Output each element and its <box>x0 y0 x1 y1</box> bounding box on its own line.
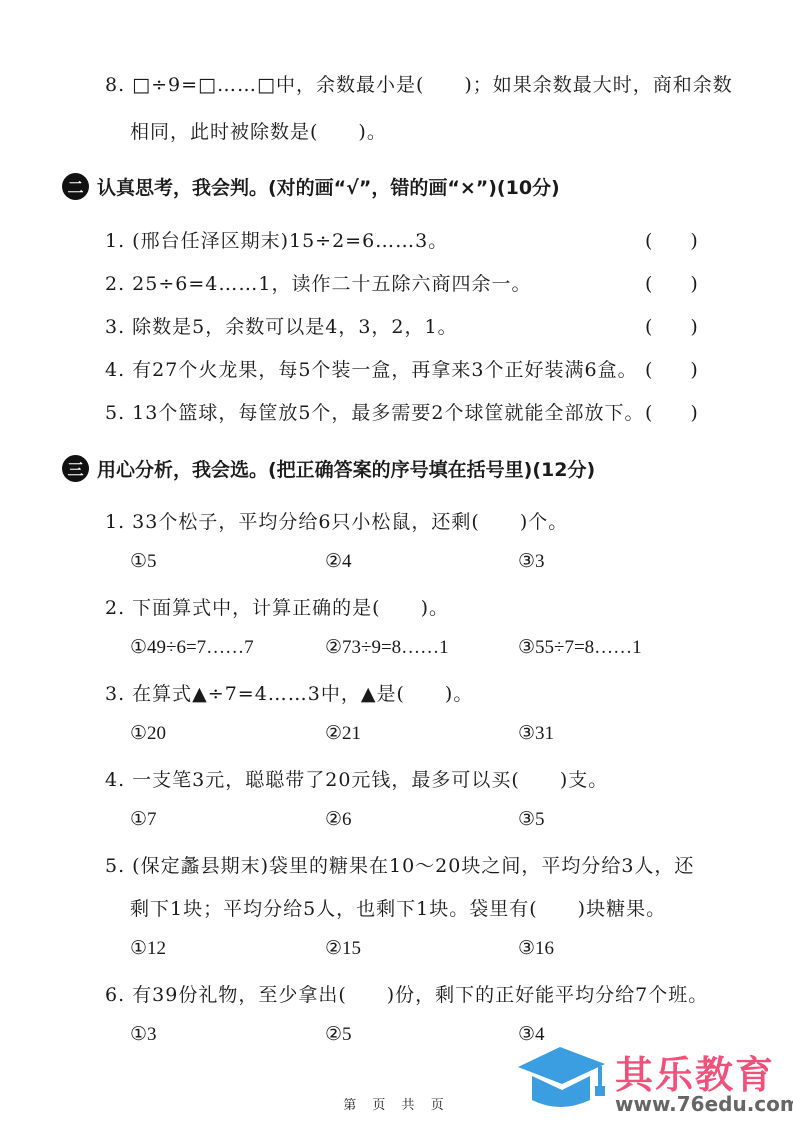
choice-question-4: 4. 一支笔3元，聪聪带了20元钱，最多可以买( )支。 <box>105 765 608 792</box>
section-title: 用心分析，我会选。(把正确答案的序号填在括号里)(12分) <box>97 455 595 482</box>
option[interactable]: ①3 <box>130 1023 157 1046</box>
option[interactable]: ②4 <box>325 550 352 573</box>
option[interactable]: ②5 <box>325 1023 352 1046</box>
question-8-line1: 8. □÷9=□……□中，余数最小是( )；如果余数最大时，商和余数 <box>105 70 733 97</box>
section-number-badge: 三 <box>62 455 89 482</box>
graduation-cap-icon <box>510 1042 610 1112</box>
option[interactable]: ③16 <box>518 937 554 960</box>
watermark-name: 其乐教育 <box>615 1044 775 1099</box>
option[interactable]: ②6 <box>325 808 352 831</box>
option[interactable]: ③31 <box>518 722 554 745</box>
option[interactable]: ①5 <box>130 550 157 573</box>
judge-item-1: 1. (邢台任泽区期末)15÷2=6……3。 <box>105 226 448 253</box>
answer-blank[interactable]: ( ) <box>645 312 698 339</box>
judge-item-2: 2. 25÷6=4……1，读作二十五除六商四余一。 <box>105 269 531 296</box>
judge-item-3: 3. 除数是5，余数可以是4，3，2，1。 <box>105 312 458 339</box>
option[interactable]: ②21 <box>325 722 361 745</box>
question-8-line2: 相同，此时被除数是( )。 <box>130 117 387 144</box>
choice-question-5-line2: 剩下1块；平均分给5人，也剩下1块。袋里有( )块糖果。 <box>130 894 666 921</box>
choice-question-3: 3. 在算式▲÷7=4……3中，▲是( )。 <box>105 679 473 706</box>
option[interactable]: ②73÷9=8……1 <box>325 636 449 659</box>
choice-question-2: 2. 下面算式中，计算正确的是( )。 <box>105 593 449 620</box>
section-number-badge: 二 <box>62 173 89 200</box>
option[interactable]: ①49÷6=7……7 <box>130 636 254 659</box>
watermark-url: www.76edu.com <box>615 1092 793 1116</box>
option[interactable]: ①12 <box>130 937 166 960</box>
option[interactable]: ①20 <box>130 722 166 745</box>
option[interactable]: ①7 <box>130 808 157 831</box>
option[interactable]: ②15 <box>325 937 361 960</box>
section-title: 认真思考，我会判。(对的画“√”，错的画“×”)(10分) <box>97 173 560 200</box>
answer-blank[interactable]: ( ) <box>645 355 698 382</box>
choice-question-6: 6. 有39份礼物，至少拿出( )份，剩下的正好能平均分给7个班。 <box>105 980 708 1007</box>
judge-item-4: 4. 有27个火龙果，每5个装一盒，再拿来3个正好装满6盒。 <box>105 355 638 382</box>
option[interactable]: ③55÷7=8……1 <box>518 636 642 659</box>
choice-question-1: 1. 33个松子，平均分给6只小松鼠，还剩( )个。 <box>105 507 568 534</box>
answer-blank[interactable]: ( ) <box>645 226 698 253</box>
option[interactable]: ③3 <box>518 550 545 573</box>
choice-question-5-line1: 5. (保定蠡县期末)袋里的糖果在10～20块之间，平均分给3人，还 <box>105 851 694 878</box>
section-3-header: 三 用心分析，我会选。(把正确答案的序号填在括号里)(12分) <box>62 455 595 482</box>
answer-blank[interactable]: ( ) <box>645 269 698 296</box>
option[interactable]: ③5 <box>518 808 545 831</box>
watermark-logo: 其乐教育 www.76edu.com <box>510 1040 793 1120</box>
answer-blank[interactable]: ( ) <box>645 398 698 425</box>
judge-item-5: 5. 13个篮球，每筐放5个，最多需要2个球筐就能全部放下。 <box>105 398 645 425</box>
section-2-header: 二 认真思考，我会判。(对的画“√”，错的画“×”)(10分) <box>62 173 560 200</box>
